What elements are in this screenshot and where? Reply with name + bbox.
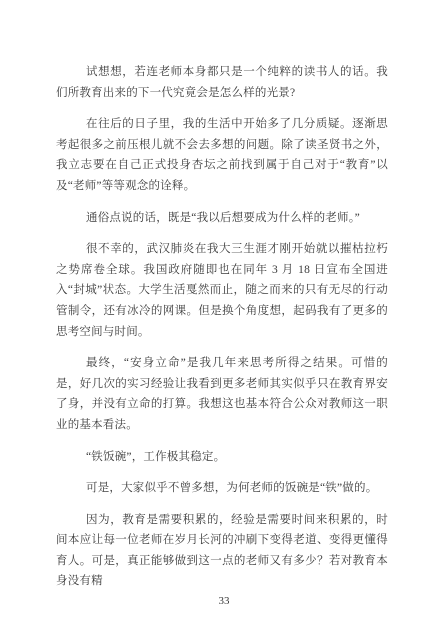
paragraph: 通俗点说的话，既是“我以后想要成为什么样的老师。” — [56, 208, 388, 229]
paragraph: 很不幸的，武汉肺炎在我大三生涯才刚开始就以摧枯拉朽之势席卷全球。我国政府随即也在… — [56, 239, 388, 342]
paragraph: 可是，大家似乎不曾多想，为何老师的饭碗是“铁”做的。 — [56, 478, 388, 499]
text-block: 试想想，若连老师本身都只是一个纯粹的读书人的话。我们所教育出来的下一代究竟会是怎… — [56, 62, 388, 603]
paragraph: 在往后的日子里，我的生活中开始多了几分质疑。逐渐思考起很多之前压根儿就不会去多想… — [56, 114, 388, 196]
page-number: 33 — [0, 595, 448, 607]
paragraph: 试想想，若连老师本身都只是一个纯粹的读书人的话。我们所教育出来的下一代究竟会是怎… — [56, 62, 388, 103]
paragraph: 最终，“安身立命”是我几年来思考所得之结果。可惜的是，好几次的实习经验让我看到更… — [56, 353, 388, 435]
paragraph: “铁饭碗”，工作极其稳定。 — [56, 447, 388, 468]
paragraph: 因为，教育是需要积累的，经验是需要时间来积累的，时间本应让每一位老师在岁月长河的… — [56, 510, 388, 592]
document-page: 试想想，若连老师本身都只是一个纯粹的读书人的话。我们所教育出来的下一代究竟会是怎… — [0, 0, 448, 640]
